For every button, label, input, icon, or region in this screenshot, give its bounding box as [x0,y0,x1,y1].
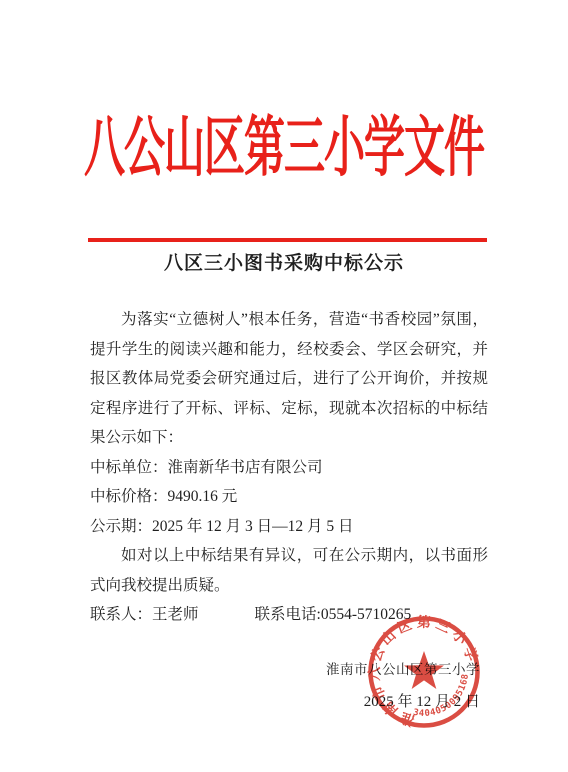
contact-person: 联系人：王老师 [90,600,199,630]
letterhead: 八公山区第三小学文件 [0,100,568,183]
contact-phone: 联系电话:0554-5710265 [255,600,412,630]
document-page: 八公山区第三小学文件 八区三小图书采购中标公示 为落实“立德树人”根本任务，营造… [0,0,568,772]
contact-line: 联系人：王老师 联系电话:0554-5710265 [90,600,488,630]
document-title: 八区三小图书采购中标公示 [0,248,568,275]
signature-date: 2025 年 12 月 2 日 [364,690,480,711]
signature-school-name: 淮南市八公山区第三小学 [326,658,480,678]
red-separator-line [88,238,487,242]
letterhead-title: 八公山区第三小学文件 [84,94,484,188]
document-body: 为落实“立德树人”根本任务，营造“书香校园”氛围，提升学生的阅读兴趣和能力，经校… [90,305,488,630]
objection-paragraph: 如对以上中标结果有异议，可在公示期内，以书面形式向我校提出质疑。 [90,541,488,600]
award-price-line: 中标价格：9490.16 元 [90,482,488,512]
publicity-period-line: 公示期：2025 年 12 月 3 日—12 月 5 日 [90,512,488,542]
intro-paragraph: 为落实“立德树人”根本任务，营造“书香校园”氛围，提升学生的阅读兴趣和能力，经校… [90,305,488,453]
award-unit-line: 中标单位：淮南新华书店有限公司 [90,453,488,483]
